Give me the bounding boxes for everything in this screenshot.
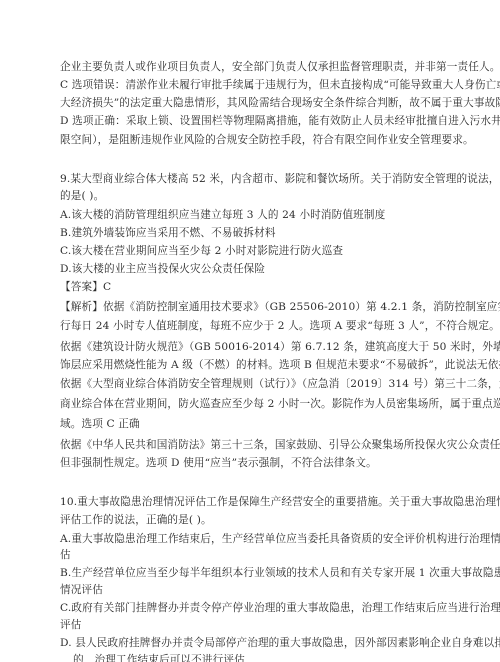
q10-stem-line1: 10.重大事故隐患治理情况评估工作是保障生产经营安全的重要措施。关于重大事故隐患… <box>60 496 500 509</box>
q9-option-b: B.建筑外墙装饰应当采用不燃、不易破拆材料 <box>60 227 276 240</box>
q9-analysis-line6: 商业综合体在营业期间，防火巡查应至少每 2 小时一次。影院作为人员密集场所，属于… <box>60 398 500 411</box>
document-page: 企业主要负责人或作业项目负责人，安全部门负责人仅承担监督管理职责，并非第一责任人… <box>0 0 500 662</box>
option-d-explanation-line2: 限空间），是阻断违规作业风险的合规安全防控手段，符合有限空间作业安全管理要求。 <box>60 134 474 147</box>
q10-option-c-line2: 评估 <box>60 619 82 632</box>
q10-option-a-line1: A.重大事故隐患治理工作结束后，生产经营单位应当委托具备资质的安全评价机构进行治… <box>60 533 500 546</box>
q9-option-d: D.该大楼的业主应当投保火灾公众责任保险 <box>60 263 265 276</box>
prev-answer-line: 企业主要负责人或作业项目负责人，安全部门负责人仅承担监督管理职责，并非第一责任人… <box>60 61 500 74</box>
q9-analysis-line9: 但非强制性规定。选项 D 使用“应当”表示强制，不符合法律条文。 <box>60 457 377 470</box>
q9-option-a: A.该大楼的消防管理组织应当建立每班 3 人的 24 小时消防值班制度 <box>60 209 385 222</box>
q9-stem-line2: 的是( )。 <box>60 190 104 203</box>
q10-option-a-line2: 估 <box>60 549 71 562</box>
q9-option-c: C.该大楼在营业期间应当至少每 2 小时对影院进行防火巡查 <box>60 245 343 258</box>
option-d-explanation-line1: D 选项正确：采取上锁、设置围栏等物理隔离措施，能有效防止人员未经审批擅自进入污… <box>60 115 500 128</box>
q10-option-d-line1: D. 县人民政府挂牌督办并责令局部停产治理的重大事故隐患，因外部因素影响企业自身… <box>60 637 500 650</box>
q10-option-b-line2: 情况评估 <box>60 584 103 597</box>
option-c-explanation-line2: 大经济损失”的法定重大隐患情形，其风险需结合现场安全条件综合判断，故不属于重大事… <box>60 97 500 110</box>
q9-analysis-line2: 行每日 24 小时专人值班制度，每班不应少于 2 人。选项 A 要求“每班 3 … <box>60 320 500 333</box>
q9-analysis-line5: 依据《大型商业综合体消防安全管理规则（试行）》（应急消〔2019〕314 号）第… <box>60 378 500 391</box>
option-c-explanation-line1: C 选项错误：清淤作业未履行审批手续属于违规行为，但未直接构成“可能导致重大人身… <box>60 79 500 92</box>
q9-analysis-line1: 【解析】依据《消防控制室通用技术要求》（GB 25506-2010）第 4.2.… <box>60 301 500 314</box>
q9-analysis-line7: 域。选项 C 正确 <box>60 418 140 431</box>
q10-option-b-line1: B.生产经营单位应当至少每半年组织本行业领域的技术人员和有关专家开展 1 次重大… <box>60 567 500 580</box>
q9-analysis-line3: 依据《建筑设计防火规范》（GB 50016-2014）第 6.7.12 条，建筑… <box>60 341 500 354</box>
q10-option-d-line2: 的，治理工作结束后可以不进行评估 <box>73 654 245 662</box>
q9-analysis-line4: 饰层应采用燃烧性能为 A 级（不燃）的材料。选项 B 但规范未要求“不易破拆”，… <box>60 359 500 372</box>
q9-analysis-line8: 依据《中华人民共和国消防法》第三十三条，国家鼓励、引导公众聚集场所投保火灾公众责… <box>60 439 500 452</box>
q9-stem-line1: 9.某大型商业综合体大楼高 52 米，内含超市、影院和餐饮场所。关于消防安全管理… <box>60 173 500 186</box>
q10-stem-line2: 评估工作的说法，正确的是( )。 <box>60 514 212 527</box>
q10-option-c-line1: C.政府有关部门挂牌督办并责令停产停业治理的重大事故隐患，治理工作结束后应当进行… <box>60 602 500 615</box>
q9-answer: 【答案】C <box>60 281 111 294</box>
